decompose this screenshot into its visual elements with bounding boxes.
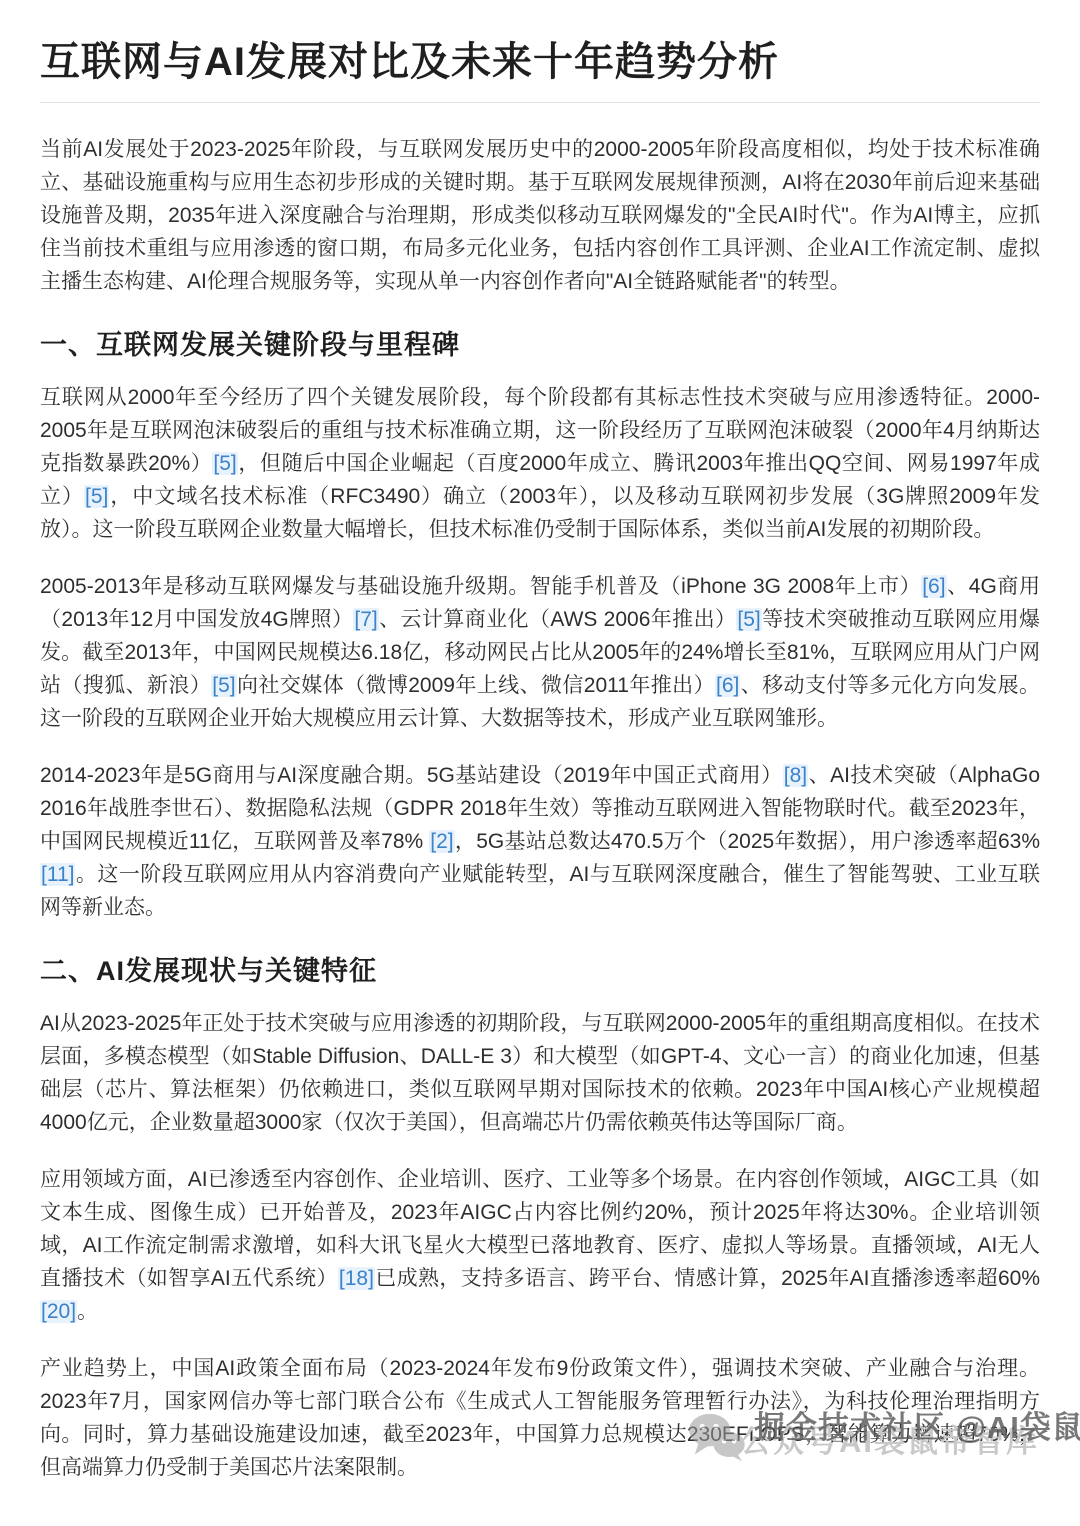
section-1-paragraph-1: 互联网从2000年至今经历了四个关键发展阶段，每个阶段都有其标志性技术突破与应用… bbox=[40, 381, 1040, 546]
citation-link[interactable]: [18] bbox=[338, 1267, 375, 1290]
citation-link[interactable]: [8] bbox=[783, 764, 808, 787]
section-1-paragraph-2: 2005-2013年是移动互联网爆发与基础设施升级期。智能手机普及（iPhone… bbox=[40, 570, 1040, 735]
citation-link[interactable]: [5] bbox=[84, 485, 109, 508]
section-2-paragraph-1: AI从2023-2025年正处于技术突破与应用渗透的初期阶段，与互联网2000-… bbox=[40, 1007, 1040, 1139]
section-1-heading: 一、互联网发展关键阶段与里程碑 bbox=[40, 328, 1040, 363]
citation-link[interactable]: [2] bbox=[429, 830, 454, 853]
section-1-paragraph-3: 2014-2023年是5G商用与AI深度融合期。5G基站建设（2019年中国正式… bbox=[40, 759, 1040, 924]
page-title: 互联网与AI发展对比及未来十年趋势分析 bbox=[40, 0, 1040, 89]
citation-link[interactable]: [6] bbox=[715, 674, 740, 697]
citation-link[interactable]: [11] bbox=[40, 863, 75, 886]
section-2-paragraph-3: 产业趋势上，中国AI政策全面布局（2023-2024年发布9份政策文件），强调技… bbox=[40, 1352, 1040, 1484]
citation-link[interactable]: [20] bbox=[40, 1300, 77, 1323]
section-2-paragraph-2: 应用领域方面，AI已渗透至内容创作、企业培训、医疗、工业等多个场景。在内容创作领… bbox=[40, 1163, 1040, 1328]
article: 互联网与AI发展对比及未来十年趋势分析 当前AI发展处于2023-2025年阶段… bbox=[0, 0, 1080, 1484]
citation-link[interactable]: [6] bbox=[921, 575, 946, 598]
citation-link[interactable]: [7] bbox=[353, 608, 378, 631]
citation-link[interactable]: [5] bbox=[211, 674, 236, 697]
title-divider bbox=[40, 102, 1040, 103]
citation-link[interactable]: [5] bbox=[212, 452, 237, 475]
section-2-heading: 二、AI发展现状与关键特征 bbox=[40, 954, 1040, 989]
citation-link[interactable]: [5] bbox=[736, 608, 761, 631]
intro-paragraph: 当前AI发展处于2023-2025年阶段，与互联网发展历史中的2000-2005… bbox=[40, 133, 1040, 298]
